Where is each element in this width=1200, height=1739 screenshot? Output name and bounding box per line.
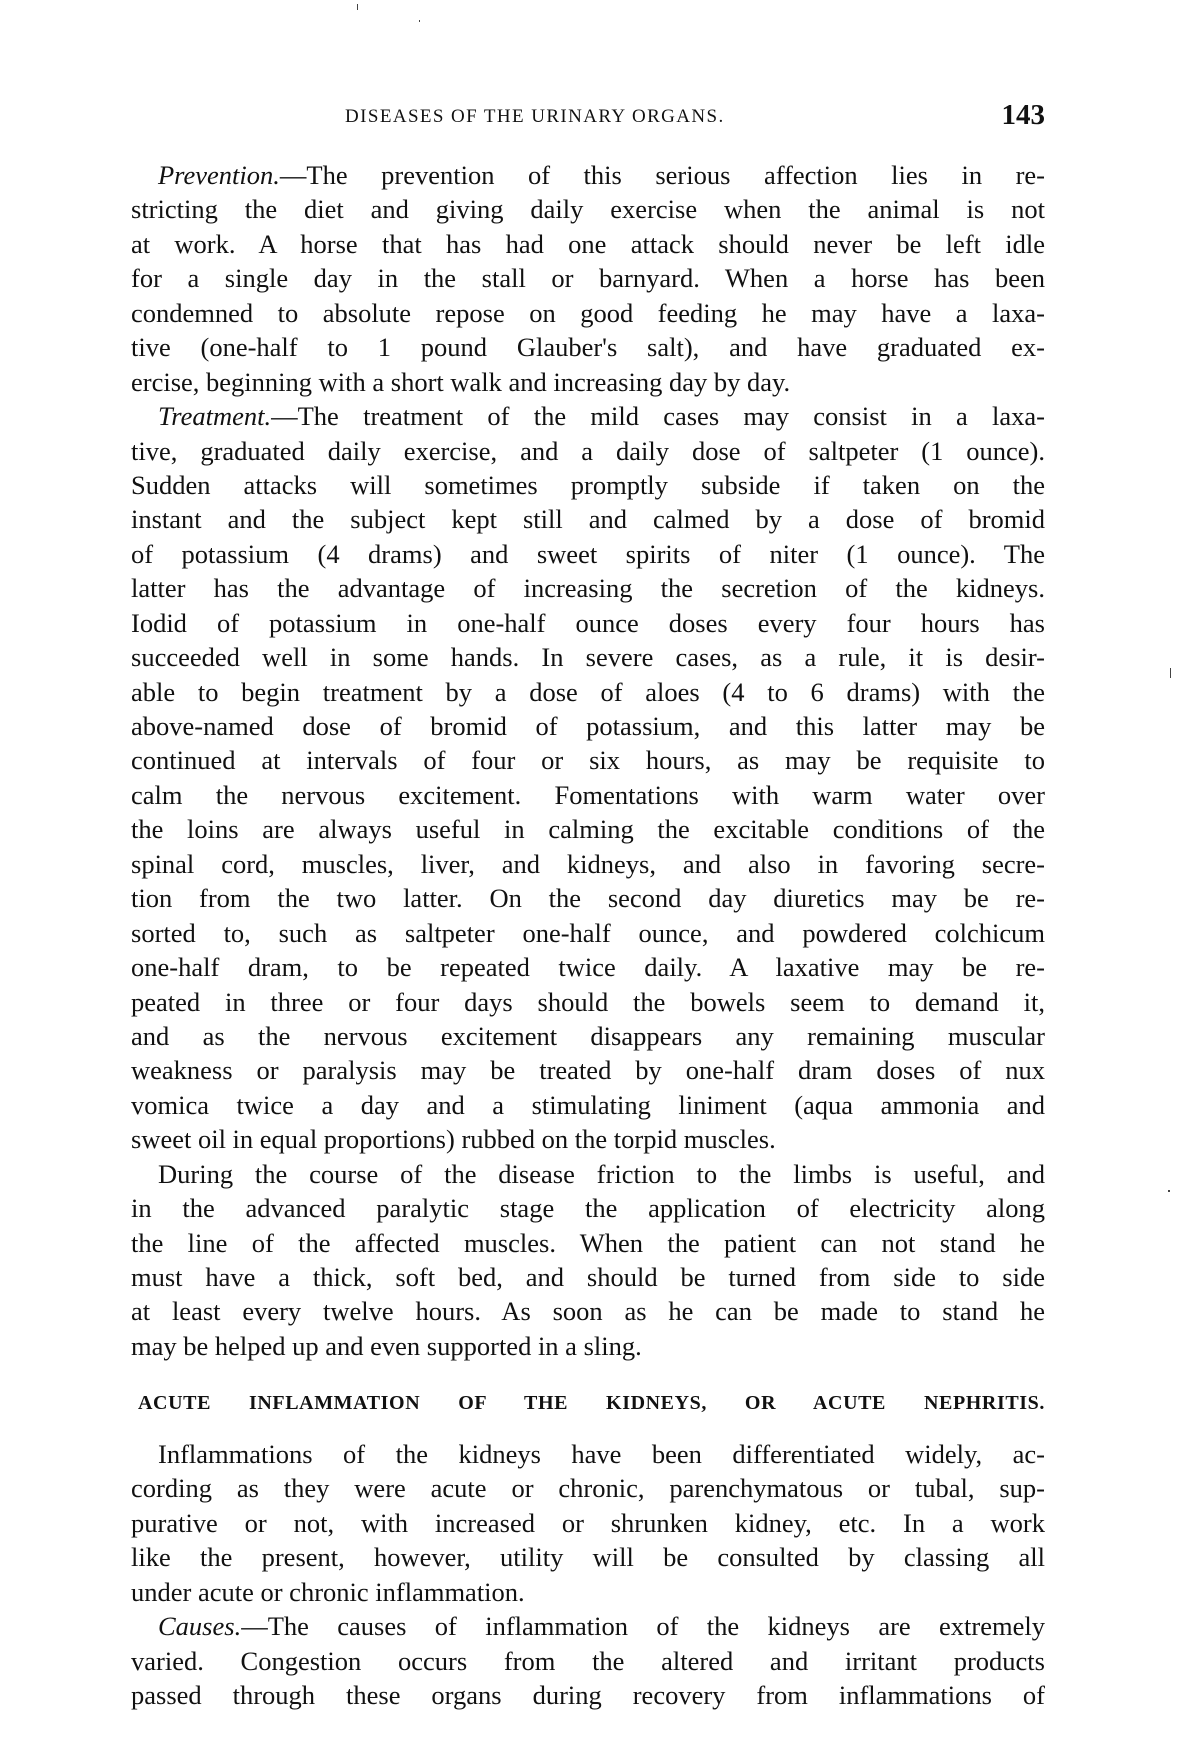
- text-line: instant and the subject kept still and c…: [131, 502, 1045, 536]
- text-line: spinal cord, muscles, liver, and kidneys…: [131, 847, 1045, 881]
- runin-heading-treatment: Treatment.: [158, 401, 271, 431]
- body-text-lower: Inflammations of the kidneys have been d…: [131, 1437, 1045, 1713]
- text-line: peated in three or four days should the …: [131, 985, 1045, 1019]
- paragraph-causes: Causes.—The causes of inflammation of th…: [131, 1609, 1045, 1712]
- text-line: of potassium (4 drams) and sweet spirits…: [131, 537, 1045, 571]
- text-line: succeeded well in some hands. In severe …: [131, 640, 1045, 674]
- text-line: tive, graduated daily exercise, and a da…: [131, 434, 1045, 468]
- runin-heading-prevention: Prevention.: [158, 160, 280, 190]
- text-line: calm the nervous excitement. Fomentation…: [131, 778, 1045, 812]
- scan-speck: [419, 20, 420, 22]
- text-line: purative or not, with increased or shrun…: [131, 1506, 1045, 1540]
- text-line: sorted to, such as saltpeter one-half ou…: [131, 916, 1045, 950]
- text-line: During the course of the disease frictio…: [131, 1157, 1045, 1191]
- runin-heading-causes: Causes.: [158, 1611, 241, 1641]
- paragraph-prevention: Prevention.—The prevention of this serio…: [131, 158, 1045, 399]
- paragraph-nephritis-intro: Inflammations of the kidneys have been d…: [131, 1437, 1045, 1609]
- text-line: passed through these organs during recov…: [131, 1678, 1045, 1712]
- text-line: able to begin treatment by a dose of alo…: [131, 675, 1045, 709]
- text-line: stricting the diet and giving daily exer…: [131, 192, 1045, 226]
- text-line: may be helped up and even supported in a…: [131, 1329, 1045, 1363]
- text-line: under acute or chronic inflammation.: [131, 1575, 1045, 1609]
- text-line: tive (one-half to 1 pound Glauber's salt…: [131, 330, 1045, 364]
- page-number: 143: [985, 98, 1045, 132]
- text-line: in the advanced paralytic stage the appl…: [131, 1191, 1045, 1225]
- text-line: one-half dram, to be repeated twice dail…: [131, 950, 1045, 984]
- text-line: Iodid of potassium in one-half ounce dos…: [131, 606, 1045, 640]
- paragraph-treatment: Treatment.—The treatment of the mild cas…: [131, 399, 1045, 1157]
- scan-speck: [1170, 668, 1171, 678]
- text-line: tion from the two latter. On the second …: [131, 881, 1045, 915]
- text-line: the line of the affected muscles. When t…: [131, 1226, 1045, 1260]
- text-line: ercise, beginning with a short walk and …: [131, 365, 1045, 399]
- section-heading-acute-nephritis: ACUTE INFLAMMATION OF THE KIDNEYS, OR AC…: [138, 1390, 1045, 1416]
- text-line: Inflammations of the kidneys have been d…: [131, 1437, 1045, 1471]
- scan-speck: [1168, 1190, 1170, 1192]
- text-line: continued at intervals of four or six ho…: [131, 743, 1045, 777]
- book-page: DISEASES OF THE URINARY ORGANS. 143 Prev…: [0, 0, 1200, 1739]
- text-line: the loins are always useful in calming t…: [131, 812, 1045, 846]
- text-line: must have a thick, soft bed, and should …: [131, 1260, 1045, 1294]
- text-line: and as the nervous excitement disappears…: [131, 1019, 1045, 1053]
- text-line: varied. Congestion occurs from the alter…: [131, 1644, 1045, 1678]
- text-line: latter has the advantage of increasing t…: [131, 571, 1045, 605]
- text-line: cording as they were acute or chronic, p…: [131, 1471, 1045, 1505]
- text-line: at work. A horse that has had one attack…: [131, 227, 1045, 261]
- text-line: above-named dose of bromid of potassium,…: [131, 709, 1045, 743]
- text-line: Treatment.—The treatment of the mild cas…: [131, 399, 1045, 433]
- text-line: Sudden attacks will sometimes promptly s…: [131, 468, 1045, 502]
- text-line: like the present, however, utility will …: [131, 1540, 1045, 1574]
- text-line: vomica twice a day and a stimulating lin…: [131, 1088, 1045, 1122]
- text-line: condemned to absolute repose on good fee…: [131, 296, 1045, 330]
- paragraph-during: During the course of the disease frictio…: [131, 1157, 1045, 1364]
- text-line: at least every twelve hours. As soon as …: [131, 1294, 1045, 1328]
- text-line: Prevention.—The prevention of this serio…: [131, 158, 1045, 192]
- text-line: sweet oil in equal proportions) rubbed o…: [131, 1122, 1045, 1156]
- text-line: weakness or paralysis may be treated by …: [131, 1053, 1045, 1087]
- body-text-upper: Prevention.—The prevention of this serio…: [131, 158, 1045, 1363]
- text-line: Causes.—The causes of inflammation of th…: [131, 1609, 1045, 1643]
- running-head: DISEASES OF THE URINARY ORGANS.: [345, 104, 865, 130]
- text-line: for a single day in the stall or barnyar…: [131, 261, 1045, 295]
- scan-speck: [357, 4, 358, 10]
